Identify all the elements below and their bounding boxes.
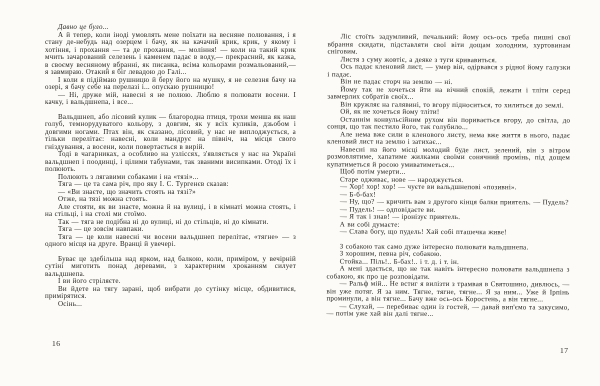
paragraph: Ви йдете на тягу зарані, щоб вибрати до … <box>45 286 296 301</box>
paragraph: Йому так не хочеться йти на вічний спокі… <box>327 86 570 102</box>
right-page-number: 17 <box>560 346 569 355</box>
left-page-text: Давно це було...А й тепер, коли іноді ум… <box>45 24 296 308</box>
paragraph: Але нема вже сили в кленового листу, нем… <box>327 131 570 147</box>
left-page-number: 16 <box>52 339 61 348</box>
paragraph: Вальдшнеп, або лісовий кулик — благородн… <box>45 114 296 152</box>
paragraph: — Слава богу, що пудель! Хай собі пташеч… <box>327 228 570 237</box>
paragraph: Навесні на його місці молодий буде лист,… <box>327 146 570 170</box>
paragraph: — Ральф мій... Не встиг я вилізти з трам… <box>326 280 569 304</box>
paragraph: — Ні, друже мій, навесні я не полюю. Люб… <box>45 92 296 107</box>
paragraph: А й тепер, коли іноді умовлять мене поїх… <box>45 32 296 77</box>
paragraph: Але стояти, як ви знаєте, можна й на вул… <box>45 204 296 219</box>
paragraph: Осінь... <box>45 301 296 309</box>
paragraph: Тяга — це коли навесні чи восени вальдшн… <box>45 234 296 249</box>
book-spread: Давно це було...А й тепер, коли іноді ум… <box>0 0 600 386</box>
paragraph: — Слухай, — перебиває один із гостей, — … <box>326 303 569 319</box>
paragraph: Буває це здебільша над ярком, над балкою… <box>45 256 296 279</box>
paragraph: І коли я підіймаю рушницю й беру його на… <box>45 77 296 92</box>
paragraph: Тоді в чагарниках, а особливо на узлісся… <box>45 151 296 174</box>
right-page-text: Ліс стоїть задумливий, печальний: йому о… <box>326 33 570 319</box>
paragraph: Ліс стоїть задумливий, печальний: йому о… <box>328 33 571 57</box>
paragraph: Останнім конвульсійним рухом він пориває… <box>327 116 570 132</box>
